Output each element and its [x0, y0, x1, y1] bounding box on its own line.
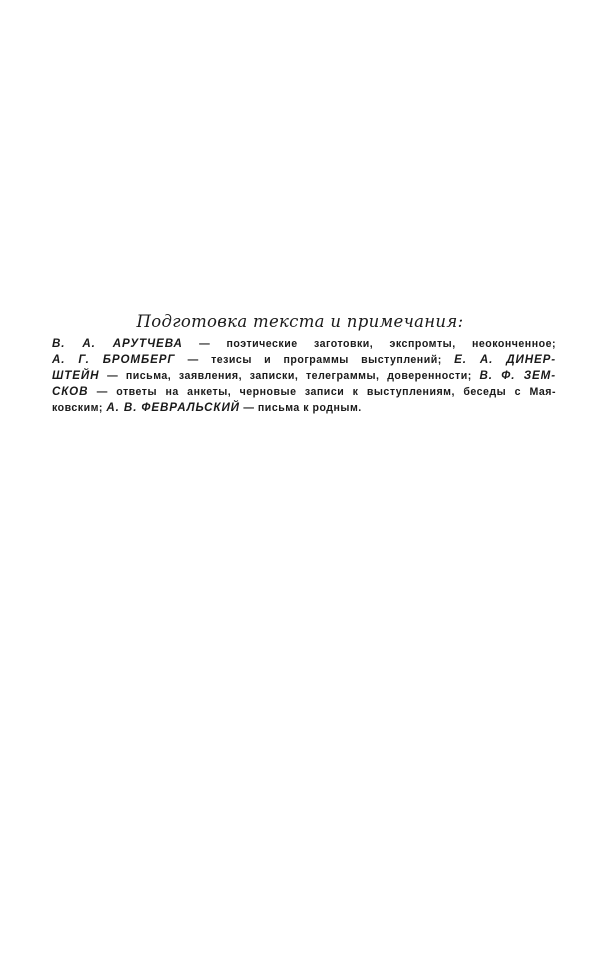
- credits-line: ковским; А. В. ФЕВРАЛЬСКИЙ — письма к ро…: [52, 400, 556, 416]
- contribution-description: ковским;: [52, 402, 106, 414]
- contribution-description: — ответы на анкеты, черновые записи к вы…: [88, 386, 556, 398]
- credits-line: В. А. АРУТЧЕВА — поэтические заготовки, …: [52, 336, 556, 352]
- contribution-description: — письма к родным.: [240, 402, 362, 414]
- credits-line: СКОВ — ответы на анкеты, черновые записи…: [52, 384, 556, 400]
- contribution-description: — письма, заявления, записки, телеграммы…: [99, 370, 479, 382]
- contributor-name: Е. А. ДИНЕР-: [454, 353, 556, 366]
- contributor-name: В. А. АРУТЧЕВА: [52, 337, 183, 350]
- contribution-description: — поэтические заготовки, экспромты, неок…: [183, 338, 556, 350]
- contribution-description: — тезисы и программы выступлений;: [175, 354, 454, 366]
- contributor-name: А. В. ФЕВРАЛЬСКИЙ: [106, 401, 240, 414]
- contributor-name: СКОВ: [52, 385, 88, 398]
- contributor-name: ШТЕЙН: [52, 369, 99, 382]
- credits-line: ШТЕЙН — письма, заявления, записки, теле…: [52, 368, 556, 384]
- contributor-name: В. Ф. ЗЕМ-: [479, 369, 556, 382]
- contributor-name: А. Г. БРОМБЕРГ: [52, 353, 175, 366]
- credits-heading: Подготовка текста и примечания:: [0, 312, 600, 331]
- credits-line: А. Г. БРОМБЕРГ — тезисы и программы выст…: [52, 352, 556, 368]
- credits-paragraph: В. А. АРУТЧЕВА — поэтические заготовки, …: [52, 336, 556, 416]
